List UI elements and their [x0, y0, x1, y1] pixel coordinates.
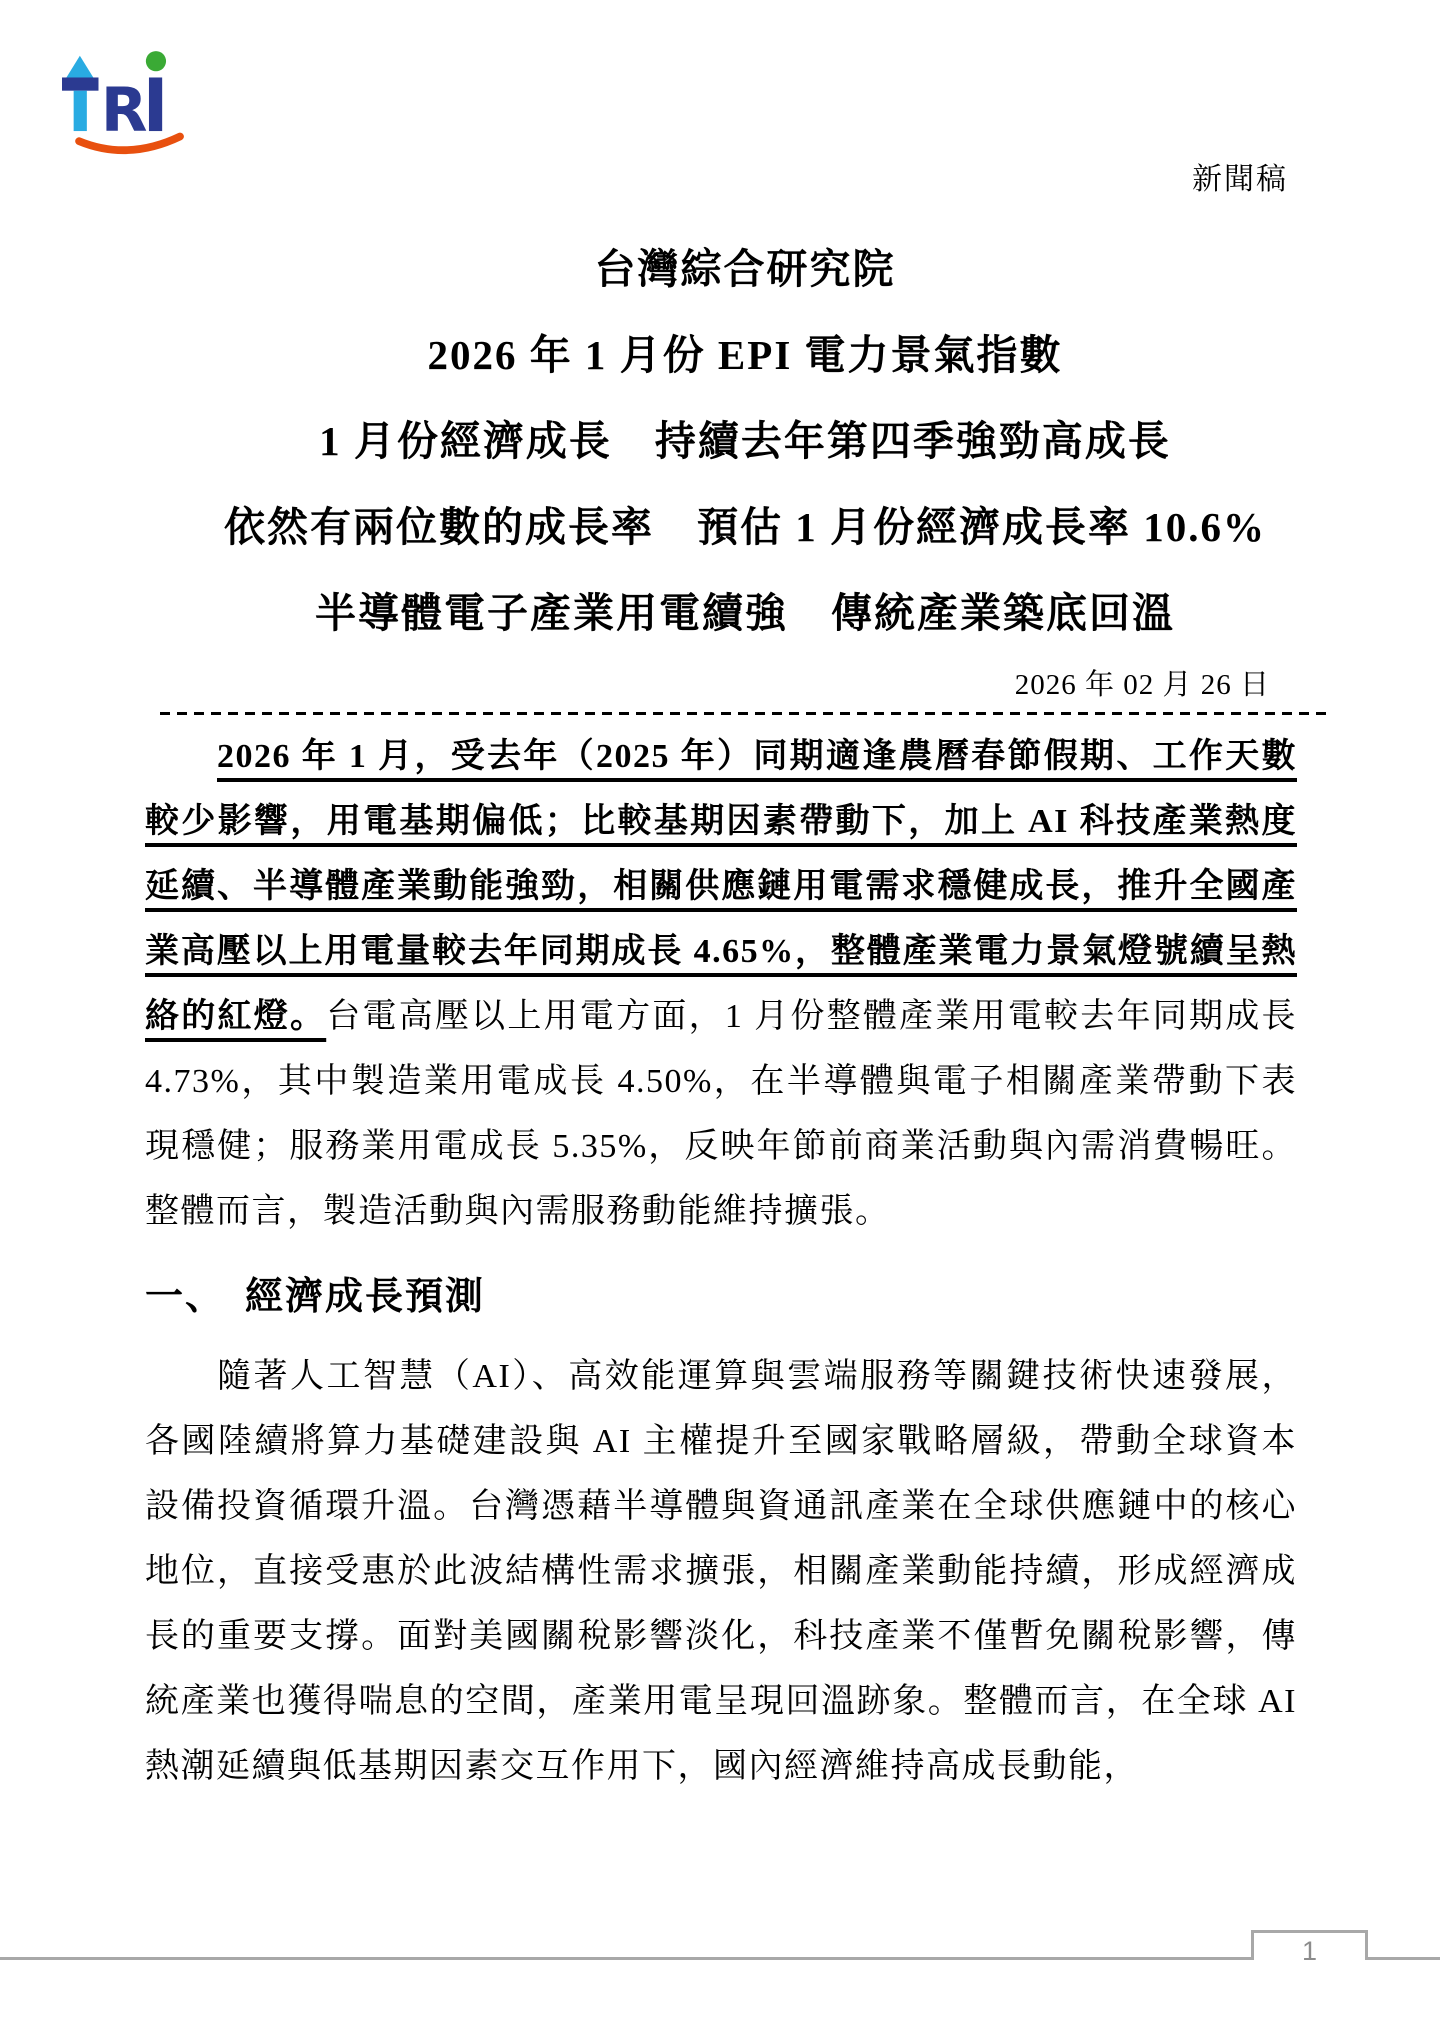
lead-emphasis: 2026 年 1 月，受去年（2025 年）同期適逢農曆春節假期、工作天數較少影… — [145, 738, 1297, 1035]
section1-heading: 一、經濟成長預測 — [145, 1272, 485, 1322]
page-number-badge: 1 — [1251, 1930, 1368, 1960]
logo-letter-t-bar — [62, 77, 98, 90]
release-date: 2026 年 02 月 26 日 — [160, 662, 1270, 703]
subtitle-growth: 1 月份經濟成長 持續去年第四季強勁高成長 — [160, 398, 1330, 484]
logo-letter-r: R — [101, 76, 148, 146]
org-title: 台灣綜合研究院 — [160, 226, 1330, 312]
section1-number: 一、 — [145, 1276, 225, 1318]
subtitle-industry: 半導體電子產業用電續強 傳統產業築底回溫 — [160, 570, 1330, 656]
footer-rule-right — [1368, 1957, 1440, 1960]
section1-paragraph: 隨著人工智慧（AI）、高效能運算與雲端服務等關鍵技術快速發展，各國陸續將算力基礎… — [145, 1344, 1297, 1799]
press-release-label: 新聞稿 — [1192, 154, 1288, 198]
logo-letter-i — [149, 77, 162, 131]
title-block: 台灣綜合研究院 2026 年 1 月份 EPI 電力景氣指數 1 月份經濟成長 … — [160, 226, 1330, 656]
subtitle-forecast: 依然有兩位數的成長率 預估 1 月份經濟成長率 10.6% — [160, 484, 1330, 570]
logo-arrow-stem — [74, 91, 87, 131]
document-page: R 新聞稿 台灣綜合研究院 2026 年 1 月份 EPI 電力景氣指數 1 月… — [0, 0, 1440, 2036]
footer-rule-left — [0, 1957, 1251, 1960]
logo-green-dot — [146, 51, 166, 71]
section1-title: 經濟成長預測 — [245, 1276, 485, 1318]
lead-paragraph: 2026 年 1 月，受去年（2025 年）同期適逢農曆春節假期、工作天數較少影… — [145, 724, 1297, 1244]
dashed-divider — [160, 712, 1328, 715]
report-title: 2026 年 1 月份 EPI 電力景氣指數 — [160, 312, 1330, 398]
tri-logo-icon: R — [62, 44, 194, 156]
